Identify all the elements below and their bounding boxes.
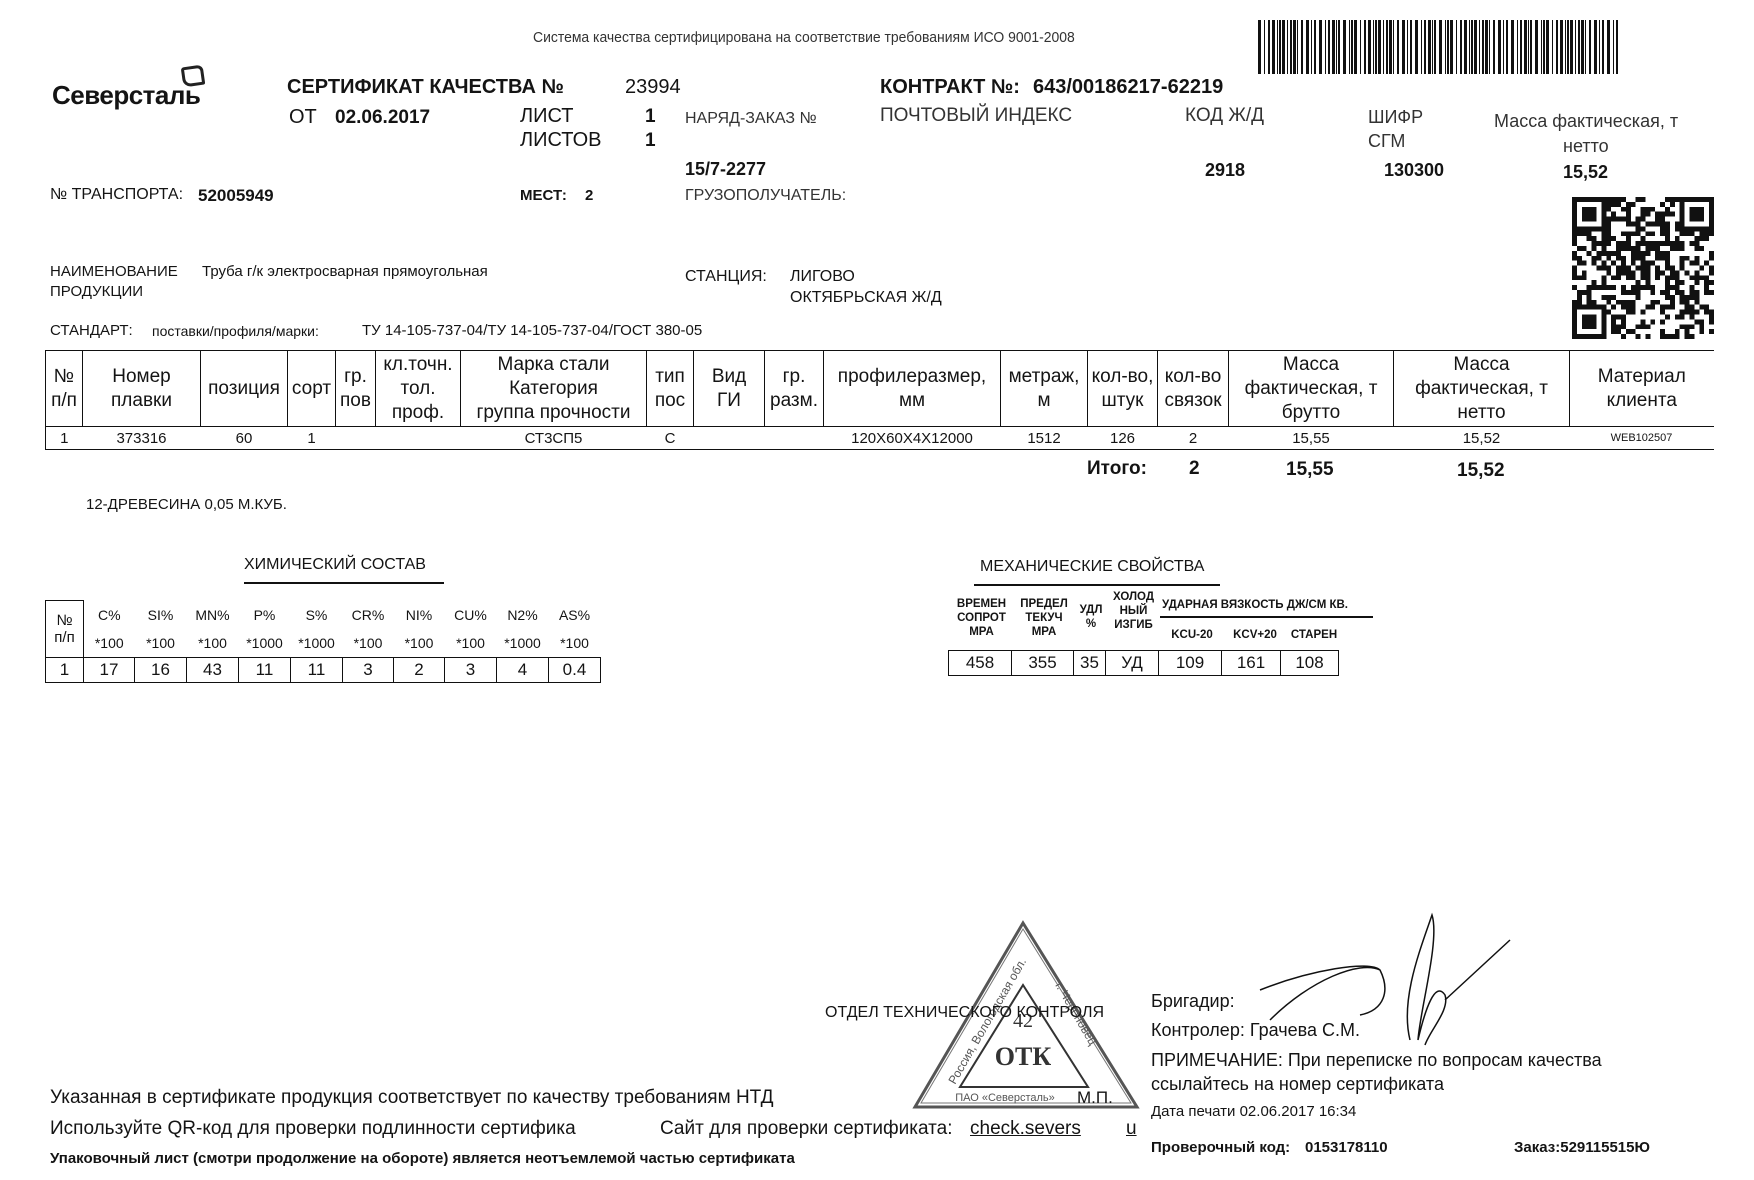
- total-label: Итого:: [1087, 458, 1147, 480]
- railway-value: ОКТЯБРЬСКАЯ Ж/Д: [790, 289, 942, 307]
- iso-note: Система качества сертифицирована на соот…: [533, 29, 1075, 46]
- print-date: Дата печати 02.06.2017 16:34: [1151, 1103, 1356, 1120]
- chem-multiplier: *1000: [239, 629, 291, 658]
- rail-code-value: 2918: [1205, 160, 1245, 181]
- chem-value: 3: [445, 657, 497, 682]
- table-cell: 1512: [1001, 427, 1088, 450]
- contract-value: 643/00186217-62219: [1033, 76, 1223, 99]
- chem-multiplier: *1000: [291, 629, 343, 658]
- station-label: СТАНЦИЯ:: [685, 268, 767, 286]
- chem-multiplier: *100: [84, 629, 135, 658]
- sheet-value: 1: [645, 106, 656, 128]
- chem-element-header: AS%: [549, 601, 601, 629]
- table-cell: 126: [1088, 427, 1158, 450]
- table-cell: 1: [46, 427, 83, 450]
- mech-value: 458: [949, 651, 1012, 676]
- foreman-label: Бригадир:: [1151, 991, 1235, 1012]
- chem-num-header: №п/п: [46, 601, 84, 658]
- chem-value: 16: [135, 657, 187, 682]
- chem-value: 3: [343, 657, 394, 682]
- chem-element-header: MN%: [187, 601, 239, 629]
- column-header: №п/п: [46, 351, 83, 427]
- mass-value: 15,52: [1563, 162, 1608, 183]
- impact-header: СТАРЕН: [1284, 628, 1344, 642]
- order-label: НАРЯД-ЗАКАЗ №: [685, 110, 817, 128]
- column-header: Массафактическая, тнетто: [1394, 351, 1570, 427]
- cipher-value: 130300: [1384, 160, 1444, 181]
- mass-label-1: Масса фактическая, т: [1494, 111, 1678, 132]
- chem-element-header: SI%: [135, 601, 187, 629]
- chem-element-header: CR%: [343, 601, 394, 629]
- impact-header: KCV+20: [1225, 628, 1285, 642]
- cipher-label-1: ШИФР: [1368, 107, 1423, 128]
- barcode: [1258, 20, 1654, 74]
- certificate-date: 02.06.2017: [335, 107, 430, 129]
- verification-link[interactable]: check.severs: [970, 1118, 1081, 1140]
- company-logo: Северсталь: [52, 80, 200, 111]
- product-table: №п/пНомерплавкипозициясортгр.повкл.точн.…: [45, 350, 1714, 450]
- impact-group-header: УДАРНАЯ ВЯЗКОСТЬ ДЖ/СМ КВ.: [1162, 598, 1348, 612]
- order-value: 15/7-2277: [685, 159, 766, 180]
- sheet-label: ЛИСТ: [520, 105, 574, 128]
- chem-element-header: CU%: [445, 601, 497, 629]
- mech-value: УД: [1106, 651, 1159, 676]
- chem-value: 43: [187, 657, 239, 682]
- table-cell: С: [647, 427, 694, 450]
- product-label-1: НАИМЕНОВАНИЕ: [50, 263, 178, 280]
- column-header: сорт: [288, 351, 336, 427]
- column-header: позиция: [201, 351, 288, 427]
- chem-element-header: S%: [291, 601, 343, 629]
- chem-element-header: N2%: [497, 601, 549, 629]
- column-header: кол-во,штук: [1088, 351, 1158, 427]
- chem-multiplier: *100: [549, 629, 601, 658]
- column-header: гр.разм.: [765, 351, 824, 427]
- svg-text:ОТК: ОТК: [995, 1042, 1052, 1071]
- station-value: ЛИГОВО: [790, 268, 855, 286]
- chem-element-header: C%: [84, 601, 135, 629]
- places-value: 2: [585, 187, 593, 204]
- packing-note: 12-ДРЕВЕСИНА 0,05 М.КУБ.: [86, 496, 287, 513]
- chem-multiplier: *100: [135, 629, 187, 658]
- sheets-label: ЛИСТОВ: [520, 129, 602, 152]
- mass-label-2: нетто: [1563, 136, 1609, 157]
- qr-instructions: Используйте QR-код для проверки подлинно…: [50, 1118, 576, 1140]
- column-header: метраж,м: [1001, 351, 1088, 427]
- sheets-value: 1: [645, 130, 656, 152]
- cipher-label-2: СГМ: [1368, 131, 1405, 152]
- check-code-value: 0153178110: [1305, 1139, 1388, 1156]
- chem-multiplier: *100: [187, 629, 239, 658]
- logo-mark-icon: [181, 65, 206, 88]
- verification-link-tail[interactable]: u: [1126, 1118, 1137, 1140]
- column-header: кол-восвязок: [1158, 351, 1229, 427]
- chem-multiplier: *100: [394, 629, 445, 658]
- mech-value: 355: [1012, 651, 1074, 676]
- column-header: Марка сталиКатегориягруппа прочности: [461, 351, 647, 427]
- chem-value: 17: [84, 657, 135, 682]
- table-cell: 15,55: [1229, 427, 1394, 450]
- mech-header: ПРЕДЕЛТЕКУЧМРА: [1013, 597, 1075, 639]
- note-line-1: ПРИМЕЧАНИЕ: При переписке по вопросам ка…: [1151, 1050, 1602, 1071]
- chem-value: 11: [239, 657, 291, 682]
- chem-value: 2: [394, 657, 445, 682]
- mechanical-title: МЕХАНИЧЕСКИЕ СВОЙСТВА: [974, 558, 1220, 586]
- chem-value: 4: [497, 657, 549, 682]
- table-cell: 373316: [83, 427, 201, 450]
- product-label-2: ПРОДУКЦИИ: [50, 283, 143, 300]
- order-reference: Заказ:529115515Ю: [1514, 1139, 1650, 1156]
- total-net: 15,52: [1457, 460, 1505, 482]
- date-label: ОТ: [289, 106, 317, 129]
- product-name: Труба г/к электросварная прямоугольная: [202, 263, 488, 280]
- chem-value: 11: [291, 657, 343, 682]
- table-cell: [694, 427, 765, 450]
- chem-row: 1171643111132340.4: [46, 657, 601, 682]
- impact-group-divider: [1160, 616, 1373, 618]
- chem-element-header: P%: [239, 601, 291, 629]
- table-cell: [336, 427, 376, 450]
- certificate-number: 23994: [625, 76, 681, 99]
- standard-label: СТАНДАРТ:: [50, 322, 133, 339]
- column-header: профилеразмер,мм: [824, 351, 1001, 427]
- site-label: Сайт для проверки сертификата:: [660, 1118, 952, 1140]
- mech-value: 108: [1281, 651, 1339, 676]
- contract-label: КОНТРАКТ №:: [880, 76, 1020, 99]
- svg-text:ПАО «Северсталь»: ПАО «Северсталь»: [955, 1092, 1055, 1104]
- certificate-label: СЕРТИФИКАТ КАЧЕСТВА №: [287, 76, 564, 99]
- consignee-label: ГРУЗОПОЛУЧАТЕЛЬ:: [685, 187, 846, 205]
- column-header: типпос: [647, 351, 694, 427]
- qr-code: [1572, 192, 1714, 344]
- standard-value: ТУ 14-105-737-04/ТУ 14-105-737-04/ГОСТ 3…: [362, 322, 702, 339]
- mech-value: 35: [1074, 651, 1106, 676]
- table-cell: [765, 427, 824, 450]
- mech-header: ХОЛОДНЫЙИЗГИБ: [1107, 590, 1160, 632]
- chem-element-header: NI%: [394, 601, 445, 629]
- table-cell: [376, 427, 461, 450]
- table-cell: СТ3СП5: [461, 427, 647, 450]
- controller-label: Контролер: Грачева С.М.: [1151, 1020, 1360, 1041]
- transport-value: 52005949: [198, 186, 274, 206]
- impact-header: KCU-20: [1162, 628, 1222, 642]
- column-header: Материалклиента: [1570, 351, 1714, 427]
- mechanical-table: 45835535УД109161108: [948, 650, 1339, 676]
- column-header: ВидГИ: [694, 351, 765, 427]
- chemical-title: ХИМИЧЕСКИЙ СОСТАВ: [244, 556, 444, 584]
- mech-value: 109: [1159, 651, 1222, 676]
- compliance-text: Указанная в сертификате продукция соотве…: [50, 1087, 774, 1109]
- chemical-table: №п/пC%SI%MN%P%S%CR%NI%CU%N2%AS%*100*100*…: [45, 600, 601, 683]
- column-header: Номерплавки: [83, 351, 201, 427]
- mp-label: М.П.: [1077, 1088, 1113, 1108]
- table-cell: 15,52: [1394, 427, 1570, 450]
- mech-header: ВРЕМЕНСОПРОТМРА: [950, 597, 1013, 639]
- table-row: 1373316601СТ3СП5С120X60X4X12000151212621…: [46, 427, 1714, 450]
- chem-multiplier: *100: [343, 629, 394, 658]
- chem-value: 1: [46, 657, 84, 682]
- chem-multiplier: *1000: [497, 629, 549, 658]
- rail-code-label: КОД Ж/Д: [1185, 105, 1264, 127]
- total-gross: 15,55: [1286, 459, 1334, 481]
- postal-label: ПОЧТОВЫЙ ИНДЕКС: [880, 105, 1072, 127]
- mech-header: УДЛ%: [1075, 603, 1107, 631]
- table-cell: WEB102507: [1570, 427, 1714, 450]
- note-line-2: ссылайтесь на номер сертификата: [1151, 1074, 1444, 1095]
- column-header: Массафактическая, тбрутто: [1229, 351, 1394, 427]
- signature: [1250, 900, 1530, 1070]
- packing-list-note: Упаковочный лист (смотри продолжение на …: [50, 1150, 795, 1167]
- column-header: кл.точн.тол.проф.: [376, 351, 461, 427]
- mech-value: 161: [1222, 651, 1281, 676]
- chem-value: 0.4: [549, 657, 601, 682]
- total-bundles: 2: [1189, 458, 1200, 480]
- table-cell: 120X60X4X12000: [824, 427, 1001, 450]
- column-header: гр.пов: [336, 351, 376, 427]
- table-cell: 1: [288, 427, 336, 450]
- table-cell: 60: [201, 427, 288, 450]
- otk-label: ОТДЕЛ ТЕХНИЧЕСКОГО КОНТРОЛЯ: [825, 1004, 1104, 1022]
- check-code-label: Проверочный код:: [1151, 1139, 1290, 1156]
- table-cell: 2: [1158, 427, 1229, 450]
- chem-multiplier: *100: [445, 629, 497, 658]
- standard-sub: поставки/профиля/марки:: [152, 323, 319, 339]
- transport-label: № ТРАНСПОРТА:: [50, 186, 183, 204]
- places-label: МЕСТ:: [520, 187, 567, 204]
